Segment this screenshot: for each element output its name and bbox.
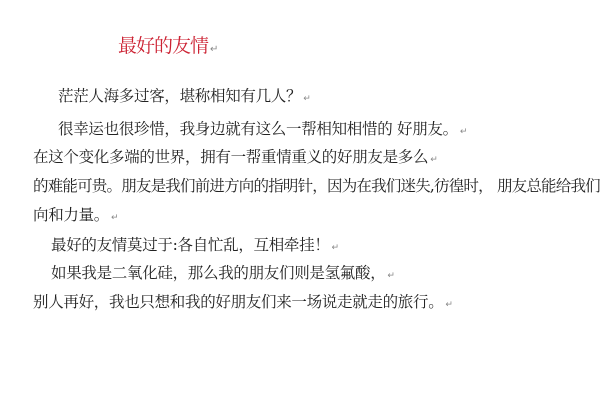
- document-title: 最好的友情↵: [118, 34, 217, 62]
- paragraph-mark-icon: ↵: [460, 127, 467, 137]
- text-line: 茫茫人海多过客，堪称相知有几人？↵: [58, 86, 310, 109]
- line-text: 向和力量。: [33, 206, 109, 224]
- text-line: 很幸运也很珍惜，我身边就有这么一帮相知相惜的 好朋友。↵: [58, 119, 467, 142]
- paragraph-mark-icon: ↵: [430, 155, 437, 165]
- title-text: 最好的友情: [118, 35, 208, 57]
- line-text: 别人再好，我也只想和我的好朋友们来一场说走就走的旅行。: [33, 293, 443, 311]
- text-line: 最好的友情莫过于:各自忙乱，互相牵挂！↵: [51, 235, 339, 258]
- text-line: 的难能可贵。朋友是我们前进方向的指明针，因为在我们迷失,彷徨时， 朋友总能给我们…: [33, 176, 600, 196]
- line-text: 如果我是二氧化硅，那么我的朋友们则是氢氟酸，: [51, 264, 385, 282]
- line-text: 茫茫人海多过客，堪称相知有几人？: [58, 87, 301, 105]
- paragraph-mark-icon: ↵: [387, 271, 394, 281]
- line-text: 在这个变化多端的世界，拥有一帮重情重义的好朋友是多么: [33, 148, 428, 166]
- line-text: 的难能可贵。朋友是我们前进方向的指明针，因为在我们迷失,彷徨时， 朋友总能给我们…: [33, 177, 600, 195]
- line-text: 最好的友情莫过于:各自忙乱，互相牵挂！: [51, 236, 330, 254]
- paragraph-mark-icon: ↵: [445, 300, 452, 310]
- text-line: 如果我是二氧化硅，那么我的朋友们则是氢氟酸，↵: [51, 263, 395, 286]
- text-line: 别人再好，我也只想和我的好朋友们来一场说走就走的旅行。↵: [33, 292, 453, 315]
- line-text: 很幸运也很珍惜，我身边就有这么一帮相知相惜的 好朋友。: [58, 120, 458, 138]
- text-line: 向和力量。↵: [33, 205, 118, 228]
- text-line: 在这个变化多端的世界，拥有一帮重情重义的好朋友是多么↵: [33, 147, 437, 170]
- paragraph-mark-icon: ↵: [210, 44, 217, 55]
- document-page: 最好的友情↵ 茫茫人海多过客，堪称相知有几人？↵ 很幸运也很珍惜，我身边就有这么…: [0, 0, 600, 401]
- paragraph-mark-icon: ↵: [111, 213, 118, 223]
- paragraph-mark-icon: ↵: [303, 94, 310, 104]
- paragraph-mark-icon: ↵: [332, 243, 339, 253]
